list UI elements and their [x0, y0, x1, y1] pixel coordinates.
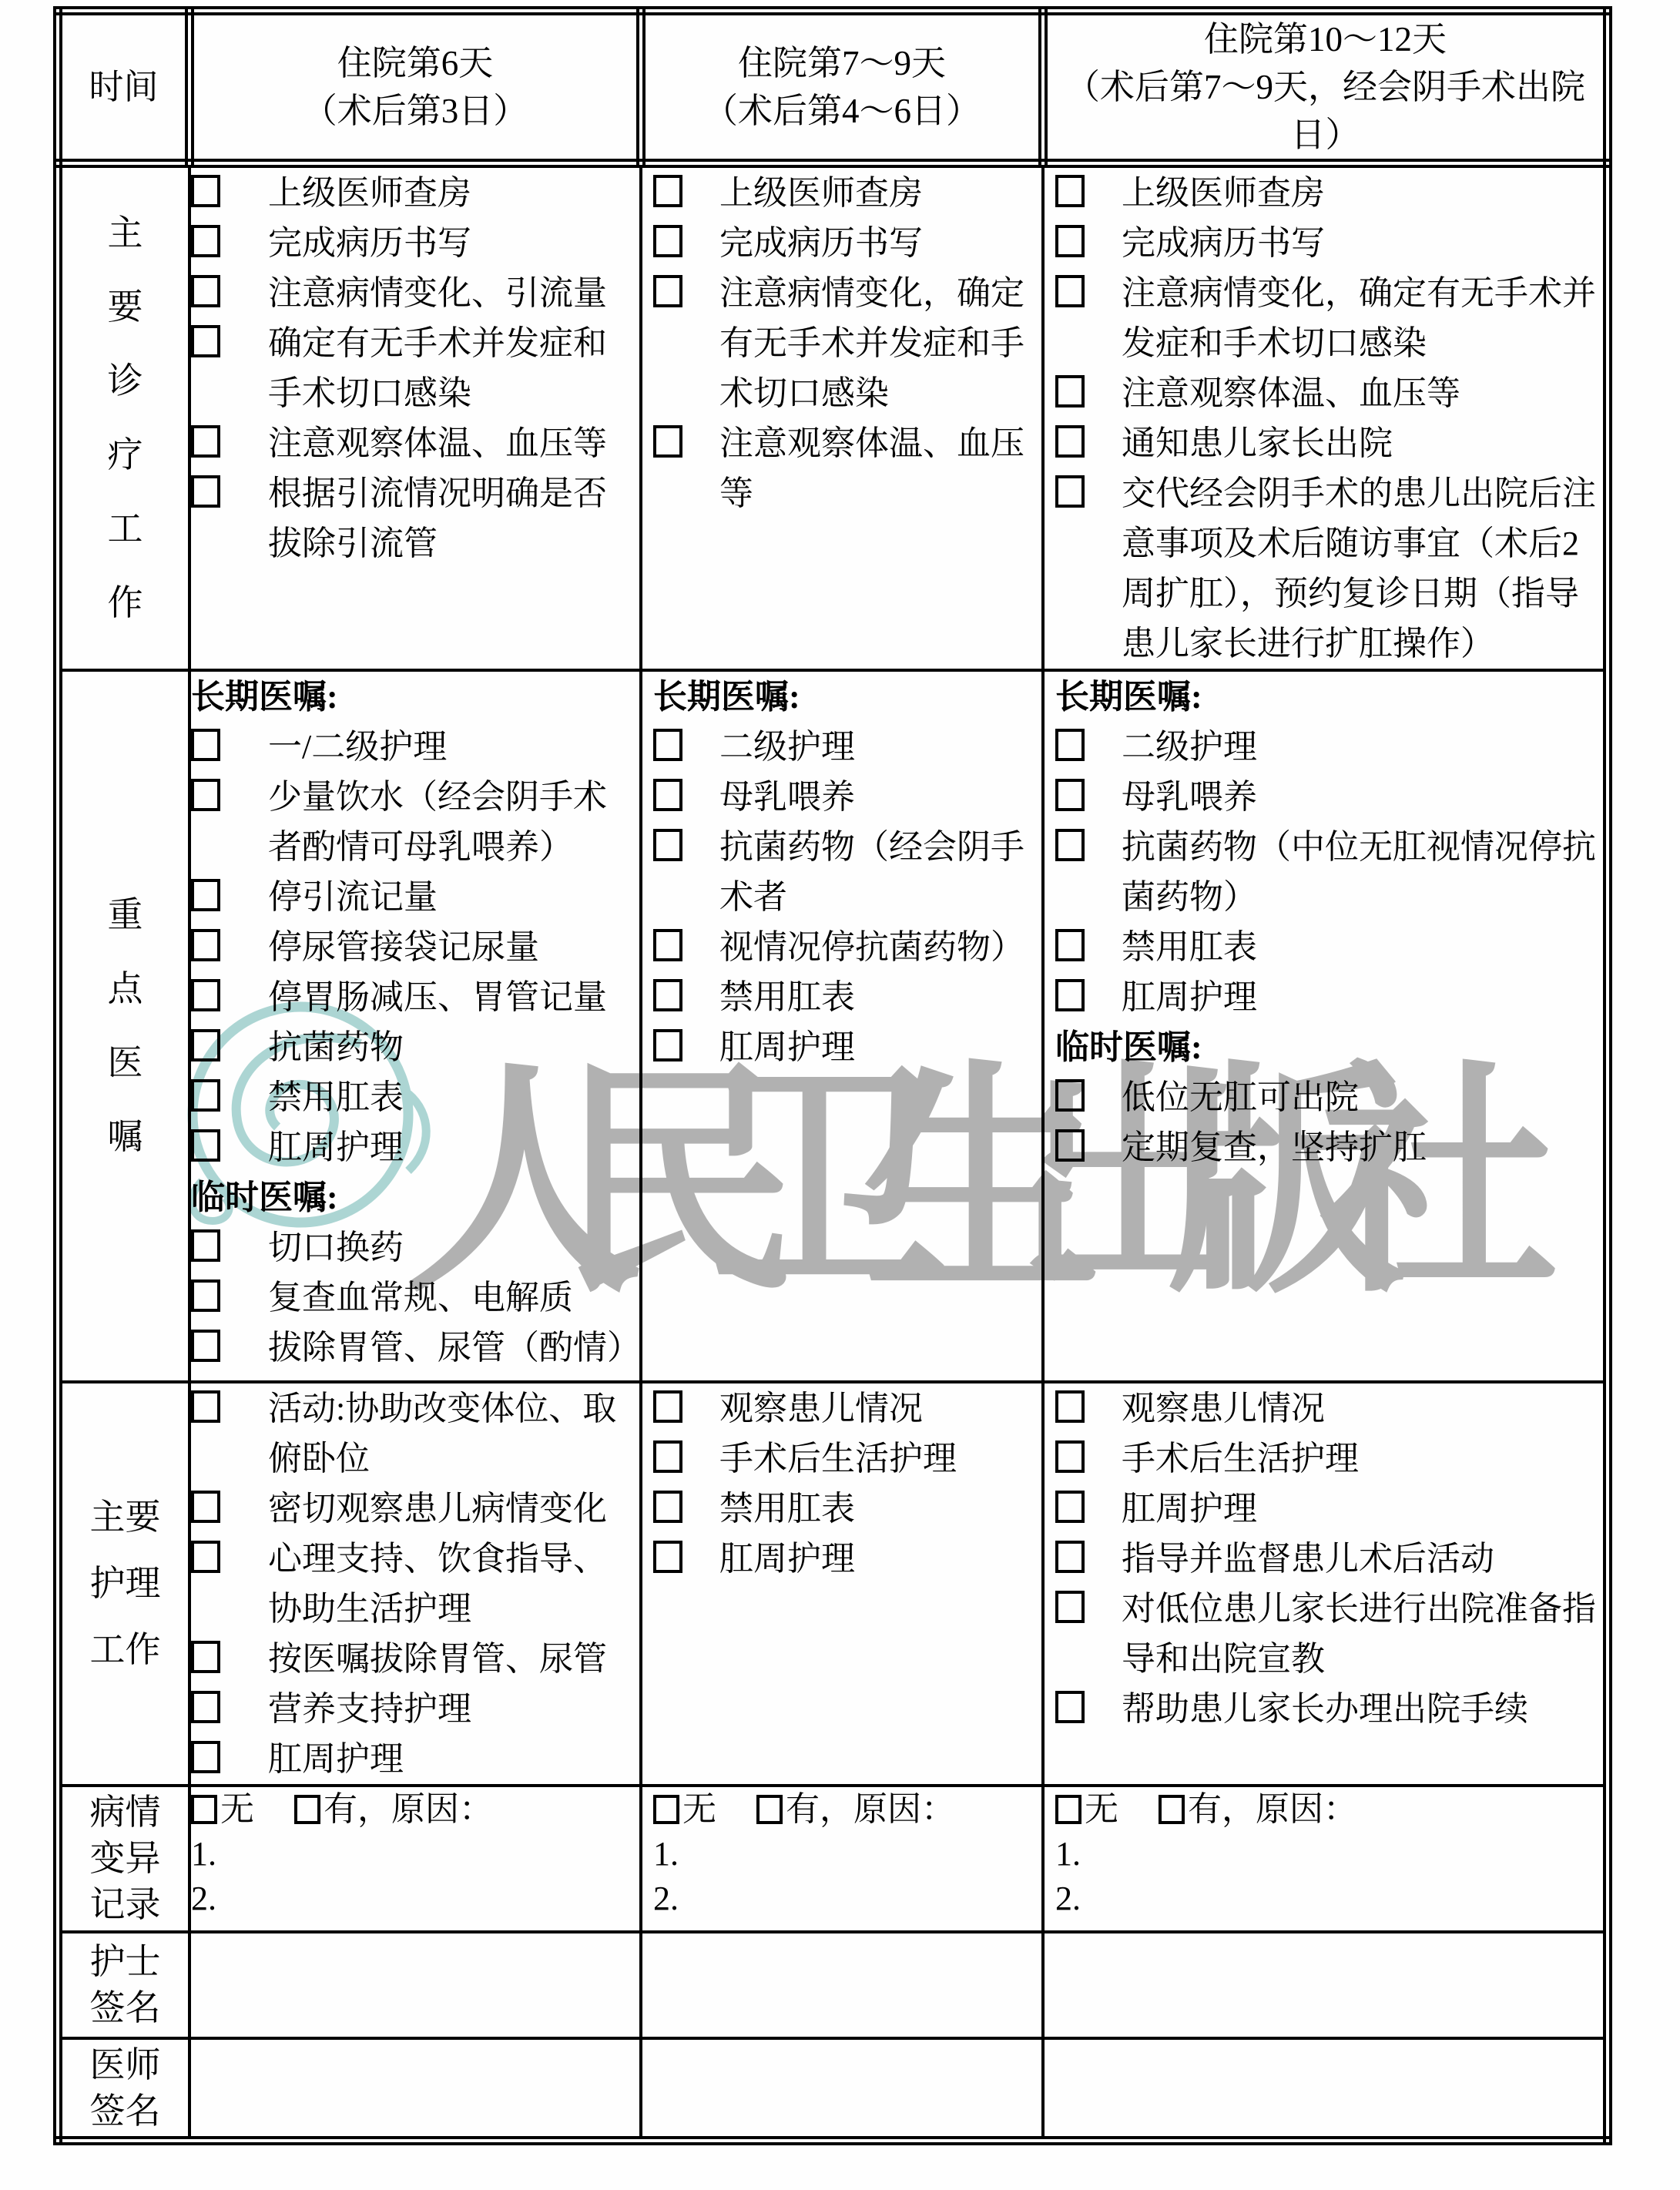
- row-main-nursing: 主要 护理 工作 活动:协助改变体位、取俯卧位密切观察患儿病情变化心理支持、饮食…: [58, 1382, 1608, 1786]
- checkbox-icon[interactable]: [191, 1390, 220, 1423]
- row-label-doctor-signature: 医师 签名: [58, 2038, 189, 2141]
- cell-orders-day10-12: 长期医嘱:二级护理母乳喂养抗菌药物（中位无肛视情况停抗菌药物）禁用肛表肛周护理临…: [1043, 670, 1608, 1382]
- checklist-item-label: 肛周护理: [268, 1734, 404, 1784]
- variation-cell-day6: 无 有，原因： 1. 2.: [189, 1786, 641, 1932]
- row-label-nurse-signature: 护士 签名: [58, 1932, 189, 2038]
- checklist-item: 母乳喂养: [1055, 772, 1603, 822]
- checklist-item: 禁用肛表: [191, 1072, 639, 1122]
- checklist-item-label: 指导并监督患儿术后活动: [1122, 1534, 1494, 1584]
- nurse-signature-cell-day10-12[interactable]: [1043, 1932, 1608, 2038]
- checklist-item-label: 注意病情变化，确定有无手术并发症和手术切口感染: [1122, 268, 1603, 368]
- checkbox-icon[interactable]: [191, 175, 220, 207]
- checkbox-icon[interactable]: [1055, 1390, 1085, 1423]
- cell-diagnosis-day7-9: 上级医师查房完成病历书写注意病情变化，确定有无手术并发症和手术切口感染注意观察体…: [641, 163, 1043, 670]
- checklist-item-label: 上级医师查房: [268, 168, 471, 218]
- checklist-item-label: 帮助患儿家长办理出院手续: [1122, 1684, 1528, 1734]
- checkbox-icon[interactable]: [1055, 1129, 1085, 1162]
- checklist-item: 停尿管接袋记尿量: [191, 922, 639, 972]
- checklist-item: 帮助患儿家长办理出院手续: [1055, 1684, 1603, 1734]
- header-day6: 住院第6天 （术后第3日）: [189, 11, 641, 163]
- checklist-item-label: 肛周护理: [1122, 1484, 1257, 1534]
- checklist-item: 抗菌药物（中位无肛视情况停抗菌药物）: [1055, 822, 1603, 922]
- checkbox-icon[interactable]: [653, 175, 682, 207]
- checkbox-icon[interactable]: [191, 325, 220, 357]
- checkbox-icon[interactable]: [191, 1229, 220, 1262]
- checkbox-icon[interactable]: [191, 1129, 220, 1162]
- checklist-item-label: 确定有无手术并发症和手术切口感染: [268, 318, 639, 418]
- checkbox-icon[interactable]: [191, 1641, 220, 1673]
- checkbox-icon[interactable]: [191, 1279, 220, 1312]
- reason-line-2: 2.: [653, 1876, 1041, 1921]
- checkbox-icon[interactable]: [1055, 979, 1085, 1011]
- header-row: 时间 住院第6天 （术后第3日） 住院第7～9天 （术后第4～6日） 住院第10…: [58, 11, 1608, 163]
- checkbox-icon[interactable]: [191, 779, 220, 811]
- checklist-item-label: 长期医嘱:: [191, 678, 338, 716]
- checklist-item: 切口换药: [191, 1222, 639, 1273]
- checklist-item-label: 临时医嘱:: [1055, 1028, 1202, 1066]
- checklist-item: 注意观察体温、血压等: [1055, 368, 1603, 418]
- checkbox-icon[interactable]: [191, 275, 220, 307]
- yes-label: 有，原因：: [786, 1787, 955, 1832]
- row-main-diagnosis: 主 要 诊 疗 工 作 上级医师查房完成病历书写注意病情变化、引流量确定有无手术…: [58, 163, 1608, 670]
- yes-label: 有，原因：: [324, 1787, 493, 1832]
- variation-cell-day7-9: 无 有，原因： 1. 2.: [641, 1786, 1043, 1932]
- no-label: 无: [1085, 1787, 1118, 1832]
- checkbox-icon[interactable]: [1055, 1541, 1085, 1573]
- cell-orders-day7-9: 长期医嘱:二级护理母乳喂养抗菌药物（经会阴手术者视情况停抗菌药物）禁用肛表肛周护…: [641, 670, 1043, 1382]
- checkbox-icon[interactable]: [653, 829, 682, 861]
- checklist-item: 指导并监督患儿术后活动: [1055, 1534, 1603, 1584]
- checklist-item: 手术后生活护理: [653, 1434, 1041, 1484]
- reason-line-2: 2.: [191, 1876, 639, 1921]
- checkbox-icon[interactable]: [191, 729, 220, 761]
- checklist-item: 禁用肛表: [1055, 922, 1603, 972]
- checklist-item-label: 注意观察体温、血压等: [1122, 368, 1460, 418]
- clinical-pathway-table: 时间 住院第6天 （术后第3日） 住院第7～9天 （术后第4～6日） 住院第10…: [53, 6, 1612, 2145]
- checkbox-icon[interactable]: [191, 1029, 220, 1061]
- checklist-item-label: 手术后生活护理: [719, 1434, 957, 1484]
- cell-nursing-day7-9: 观察患儿情况手术后生活护理禁用肛表肛周护理: [641, 1382, 1043, 1786]
- checklist-item-label: 少量饮水（经会阴手术者酌情可母乳喂养）: [268, 772, 639, 872]
- checklist-item: 肛周护理: [191, 1122, 639, 1172]
- checklist-item: 完成病历书写: [1055, 218, 1603, 268]
- checklist-item-label: 注意观察体温、血压等: [268, 418, 607, 468]
- checkbox-icon[interactable]: [1055, 275, 1085, 307]
- checklist-item-label: 注意病情变化、引流量: [268, 268, 607, 318]
- checklist-item: 禁用肛表: [653, 972, 1041, 1022]
- reason-line-1: 1.: [653, 1832, 1041, 1876]
- checkbox-icon[interactable]: [1055, 1691, 1085, 1723]
- checkbox-icon[interactable]: [1055, 225, 1085, 257]
- checkbox-icon[interactable]: [191, 1491, 220, 1523]
- checklist-item-label: 观察患儿情况: [1122, 1383, 1325, 1434]
- cell-nursing-day6: 活动:协助改变体位、取俯卧位密切观察患儿病情变化心理支持、饮食指导、协助生活护理…: [189, 1382, 641, 1786]
- checkbox-icon[interactable]: [191, 1741, 220, 1773]
- checklist-item: 完成病历书写: [653, 218, 1041, 268]
- header-day10-12: 住院第10～12天 （术后第7～9天，经会阴手术出院 日）: [1043, 11, 1608, 163]
- checkbox-icon[interactable]: [653, 1390, 682, 1423]
- checklist-item: 禁用肛表: [653, 1484, 1041, 1534]
- checklist-item-label: 二级护理: [719, 722, 855, 772]
- checklist-item: 注意观察体温、血压等: [191, 418, 639, 468]
- checklist-item-label: 抗菌药物（中位无肛视情况停抗菌药物）: [1122, 822, 1603, 922]
- checklist-item: 肛周护理: [653, 1534, 1041, 1584]
- checkbox-icon[interactable]: [653, 225, 682, 257]
- checkbox-icon[interactable]: [191, 979, 220, 1011]
- no-checkbox[interactable]: [1055, 1795, 1081, 1824]
- cell-nursing-day10-12: 观察患儿情况手术后生活护理肛周护理指导并监督患儿术后活动对低位患儿家长进行出院准…: [1043, 1382, 1608, 1786]
- cell-diagnosis-day6: 上级医师查房完成病历书写注意病情变化、引流量确定有无手术并发症和手术切口感染注意…: [189, 163, 641, 670]
- checkbox-icon[interactable]: [1055, 1079, 1085, 1112]
- checkbox-icon[interactable]: [191, 425, 220, 458]
- checklist-item: 停胃肠减压、胃管记量: [191, 972, 639, 1022]
- checkbox-icon[interactable]: [653, 929, 682, 961]
- checklist-item: 肛周护理: [191, 1734, 639, 1784]
- checklist-item: 肛周护理: [653, 1022, 1041, 1072]
- checklist-item-label: 肛周护理: [1122, 972, 1257, 1022]
- checklist-item-label: 密切观察患儿病情变化: [268, 1484, 607, 1534]
- variation-cell-day10-12: 无 有，原因： 1. 2.: [1043, 1786, 1608, 1932]
- row-label-variation: 病情 变异 记录: [58, 1786, 189, 1932]
- checklist-item: 少量饮水（经会阴手术者酌情可母乳喂养）: [191, 772, 639, 872]
- checkbox-icon[interactable]: [1055, 425, 1085, 458]
- checklist-item-label: 完成病历书写: [268, 218, 471, 268]
- checkbox-icon[interactable]: [1055, 929, 1085, 961]
- checklist-item-label: 停尿管接袋记尿量: [268, 922, 539, 972]
- checklist-item: 抗菌药物（经会阴手术者: [653, 822, 1041, 922]
- clinical-pathway-page: 人民卫生出版社 时间 住院第6天 （术后第3日） 住院第7～9天 （术后第4～6…: [0, 0, 1680, 2190]
- checkbox-icon[interactable]: [1055, 729, 1085, 761]
- no-checkbox[interactable]: [653, 1795, 679, 1824]
- checklist-item: 拔除胃管、尿管（酌情）: [191, 1323, 639, 1373]
- checkbox-icon[interactable]: [653, 1029, 682, 1061]
- reason-line-1: 1.: [1055, 1832, 1603, 1876]
- checklist-item-label: 观察患儿情况: [719, 1383, 923, 1434]
- doctor-signature-cell-day7-9[interactable]: [641, 2038, 1043, 2141]
- checkbox-icon[interactable]: [191, 1691, 220, 1723]
- checklist-item-label: 上级医师查房: [1122, 168, 1325, 218]
- checklist-item: 视情况停抗菌药物）: [653, 922, 1041, 972]
- no-label: 无: [682, 1787, 716, 1832]
- checklist-item: 临时医嘱:: [191, 1172, 639, 1222]
- checkbox-icon[interactable]: [1055, 475, 1085, 508]
- checklist-item-label: 拔除胃管、尿管（酌情）: [268, 1323, 639, 1373]
- checkbox-icon[interactable]: [191, 1079, 220, 1112]
- checklist-item-label: 临时医嘱:: [191, 1179, 338, 1216]
- checkbox-icon[interactable]: [653, 729, 682, 761]
- checkbox-icon[interactable]: [191, 929, 220, 961]
- checkbox-icon[interactable]: [191, 1541, 220, 1573]
- checklist-item-label: 肛周护理: [268, 1122, 404, 1172]
- checklist-item-label: 根据引流情况明确是否拔除引流管: [268, 468, 639, 568]
- yes-label: 有，原因：: [1188, 1787, 1357, 1832]
- cell-diagnosis-day10-12: 上级医师查房完成病历书写注意病情变化，确定有无手术并发症和手术切口感染注意观察体…: [1043, 163, 1608, 670]
- checklist-item: 确定有无手术并发症和手术切口感染: [191, 318, 639, 418]
- checkbox-icon[interactable]: [653, 275, 682, 307]
- checklist-item-label: 手术后生活护理: [1122, 1434, 1359, 1484]
- checklist-item: 上级医师查房: [191, 168, 639, 218]
- variation-options: 无 有，原因：: [653, 1787, 1041, 1832]
- checklist-item-label: 按医嘱拔除胃管、尿管: [268, 1634, 607, 1684]
- nurse-signature-cell-day6[interactable]: [189, 1932, 641, 2038]
- checkbox-icon[interactable]: [1055, 829, 1085, 861]
- checklist-item: 肛周护理: [1055, 972, 1603, 1022]
- checklist-item-label: 视情况停抗菌药物）: [719, 922, 1024, 972]
- nurse-signature-cell-day7-9[interactable]: [641, 1932, 1043, 2038]
- checklist-item: 观察患儿情况: [1055, 1383, 1603, 1434]
- checkbox-icon[interactable]: [1055, 1440, 1085, 1473]
- checkbox-icon[interactable]: [191, 225, 220, 257]
- checklist-item: 抗菌药物: [191, 1022, 639, 1072]
- variation-options: 无 有，原因：: [191, 1787, 639, 1832]
- checklist-item-label: 禁用肛表: [719, 972, 855, 1022]
- checklist-item-label: 停引流记量: [268, 872, 438, 922]
- checklist-item: 注意病情变化，确定有无手术并发症和手术切口感染: [653, 268, 1041, 418]
- row-key-orders: 重 点 医 嘱 长期医嘱:一/二级护理少量饮水（经会阴手术者酌情可母乳喂养）停引…: [58, 670, 1608, 1382]
- checklist-item-label: 母乳喂养: [719, 772, 855, 822]
- checklist-item: 手术后生活护理: [1055, 1434, 1603, 1484]
- checklist-item-label: 复查血常规、电解质: [268, 1273, 573, 1323]
- checklist-item-label: 上级医师查房: [719, 168, 923, 218]
- checklist-item: 根据引流情况明确是否拔除引流管: [191, 468, 639, 568]
- checklist-item: 停引流记量: [191, 872, 639, 922]
- checkbox-icon[interactable]: [653, 425, 682, 458]
- checklist-item: 对低位患儿家长进行出院准备指导和出院宣教: [1055, 1584, 1603, 1684]
- checklist-item: 上级医师查房: [1055, 168, 1603, 218]
- checklist-item: 通知患儿家长出院: [1055, 418, 1603, 468]
- yes-checkbox[interactable]: [1159, 1795, 1185, 1824]
- checklist-item-label: 注意观察体温、血压等: [719, 418, 1041, 518]
- cell-orders-day6: 长期医嘱:一/二级护理少量饮水（经会阴手术者酌情可母乳喂养）停引流记量停尿管接袋…: [189, 670, 641, 1382]
- row-label-key-orders: 重 点 医 嘱: [58, 670, 189, 1382]
- checklist-item-label: 停胃肠减压、胃管记量: [268, 972, 607, 1022]
- checklist-item: 一/二级护理: [191, 722, 639, 772]
- checklist-item-label: 切口换药: [268, 1222, 404, 1273]
- checklist-item-label: 抗菌药物（经会阴手术者: [719, 822, 1041, 922]
- checklist-item: 长期医嘱:: [1055, 672, 1603, 722]
- checklist-item-label: 完成病历书写: [719, 218, 923, 268]
- header-day7-9: 住院第7～9天 （术后第4～6日）: [641, 11, 1043, 163]
- checkbox-icon[interactable]: [191, 879, 220, 911]
- checklist-item: 活动:协助改变体位、取俯卧位: [191, 1383, 639, 1484]
- checkbox-icon[interactable]: [653, 779, 682, 811]
- checklist-item: 心理支持、饮食指导、协助生活护理: [191, 1534, 639, 1634]
- checkbox-icon[interactable]: [653, 1440, 682, 1473]
- row-variation-record: 病情 变异 记录 无 有，原因： 1. 2. 无 有，原因： 1. 2.: [58, 1786, 1608, 1932]
- checkbox-icon[interactable]: [653, 1541, 682, 1573]
- checklist-item: 肛周护理: [1055, 1484, 1603, 1534]
- checkbox-icon[interactable]: [653, 1491, 682, 1523]
- checklist-item: 注意病情变化，确定有无手术并发症和手术切口感染: [1055, 268, 1603, 368]
- checklist-item-label: 长期医嘱:: [653, 678, 800, 716]
- checklist-item: 二级护理: [1055, 722, 1603, 772]
- doctor-signature-cell-day10-12[interactable]: [1043, 2038, 1608, 2141]
- checklist-item: 母乳喂养: [653, 772, 1041, 822]
- checkbox-icon[interactable]: [1055, 1591, 1085, 1623]
- checklist-item-label: 肛周护理: [719, 1534, 855, 1584]
- checklist-item: 定期复查，坚持扩肛: [1055, 1122, 1603, 1172]
- row-nurse-signature: 护士 签名: [58, 1932, 1608, 2038]
- checklist-item: 复查血常规、电解质: [191, 1273, 639, 1323]
- checkbox-icon[interactable]: [1055, 375, 1085, 407]
- checkbox-icon[interactable]: [191, 475, 220, 508]
- checklist-item-label: 定期复查，坚持扩肛: [1122, 1122, 1427, 1172]
- checklist-item: 观察患儿情况: [653, 1383, 1041, 1434]
- checklist-item-label: 肛周护理: [719, 1022, 855, 1072]
- checklist-item-label: 长期医嘱:: [1055, 678, 1202, 716]
- checklist-item-label: 母乳喂养: [1122, 772, 1257, 822]
- checklist-item-label: 完成病历书写: [1122, 218, 1325, 268]
- checklist-item: 按医嘱拔除胃管、尿管: [191, 1634, 639, 1684]
- doctor-signature-cell-day6[interactable]: [189, 2038, 641, 2141]
- checklist-item: 注意观察体温、血压等: [653, 418, 1041, 518]
- row-label-main-diagnosis: 主 要 诊 疗 工 作: [58, 163, 189, 670]
- checkbox-icon[interactable]: [1055, 175, 1085, 207]
- checklist-item: 密切观察患儿病情变化: [191, 1484, 639, 1534]
- checklist-item: 注意病情变化、引流量: [191, 268, 639, 318]
- checklist-item: 营养支持护理: [191, 1684, 639, 1734]
- reason-line-1: 1.: [191, 1832, 639, 1876]
- checklist-item-label: 禁用肛表: [1122, 922, 1257, 972]
- checkbox-icon[interactable]: [1055, 1491, 1085, 1523]
- checklist-item-label: 交代经会阴手术的患儿出院后注意事项及术后随访事宜（术后2周扩肛），预约复诊日期（…: [1122, 468, 1603, 669]
- checklist-item-label: 禁用肛表: [268, 1072, 404, 1122]
- checklist-item-label: 二级护理: [1122, 722, 1257, 772]
- row-doctor-signature: 医师 签名: [58, 2038, 1608, 2141]
- checklist-item: 长期医嘱:: [653, 672, 1041, 722]
- checklist-item: 长期医嘱:: [191, 672, 639, 722]
- checklist-item: 交代经会阴手术的患儿出院后注意事项及术后随访事宜（术后2周扩肛），预约复诊日期（…: [1055, 468, 1603, 669]
- checkbox-icon[interactable]: [191, 1330, 220, 1362]
- checklist-item-label: 一/二级护理: [268, 722, 447, 772]
- checklist-item-label: 通知患儿家长出院: [1122, 418, 1393, 468]
- checklist-item: 完成病历书写: [191, 218, 639, 268]
- row-label-main-nursing: 主要 护理 工作: [58, 1382, 189, 1786]
- no-checkbox[interactable]: [191, 1795, 217, 1824]
- checklist-item-label: 注意病情变化，确定有无手术并发症和手术切口感染: [719, 268, 1041, 418]
- checklist-item-label: 对低位患儿家长进行出院准备指导和出院宣教: [1122, 1584, 1603, 1684]
- no-label: 无: [220, 1787, 254, 1832]
- yes-checkbox[interactable]: [294, 1795, 320, 1824]
- checklist-item-label: 活动:协助改变体位、取俯卧位: [268, 1383, 639, 1484]
- yes-checkbox[interactable]: [756, 1795, 783, 1824]
- checklist-item-label: 心理支持、饮食指导、协助生活护理: [268, 1534, 639, 1634]
- checklist-item: 二级护理: [653, 722, 1041, 772]
- header-time: 时间: [58, 11, 189, 163]
- variation-options: 无 有，原因：: [1055, 1787, 1603, 1832]
- checkbox-icon[interactable]: [1055, 779, 1085, 811]
- checklist-item: 上级医师查房: [653, 168, 1041, 218]
- checklist-item-label: 抗菌药物: [268, 1022, 404, 1072]
- checkbox-icon[interactable]: [653, 979, 682, 1011]
- checklist-item-label: 禁用肛表: [719, 1484, 855, 1534]
- checklist-item-label: 低位无肛可出院: [1122, 1072, 1359, 1122]
- checklist-item: 低位无肛可出院: [1055, 1072, 1603, 1122]
- checklist-item-label: 营养支持护理: [268, 1684, 471, 1734]
- checklist-item: 临时医嘱:: [1055, 1022, 1603, 1072]
- reason-line-2: 2.: [1055, 1876, 1603, 1921]
